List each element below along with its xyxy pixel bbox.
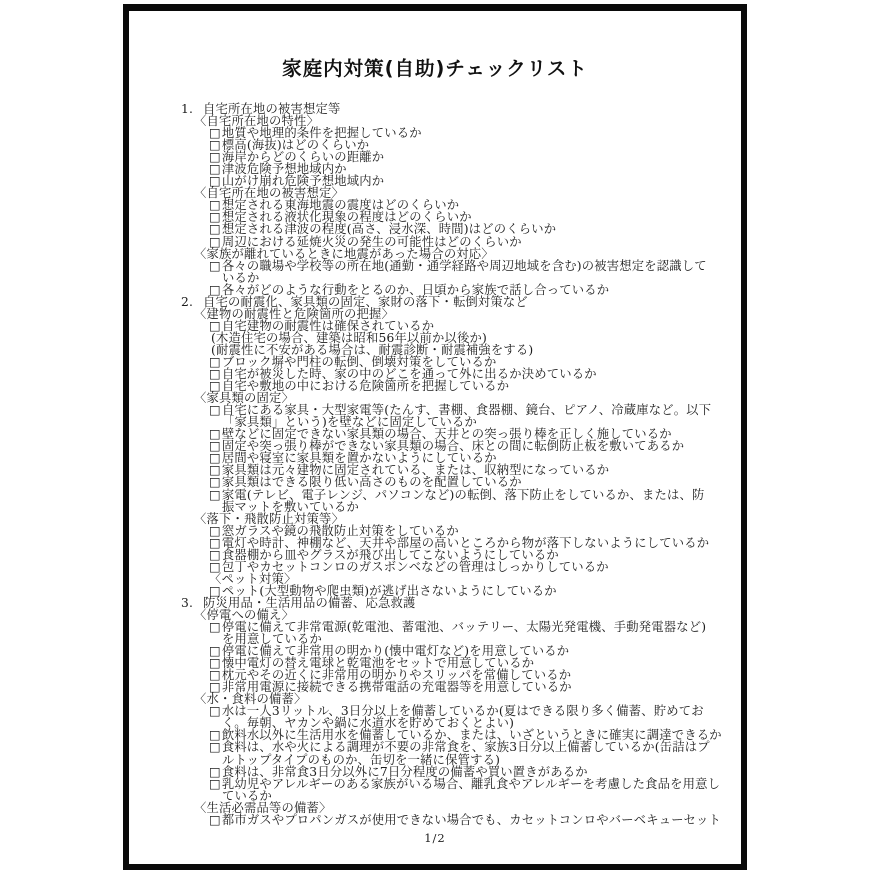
checkbox-icon: □: [209, 778, 221, 790]
checklist-item: □乳幼児やアレルギーのある家族がいる場合、離乳食やアレルギーを考慮した食品を用意…: [129, 778, 741, 790]
document-viewer: 家庭内対策(自助)チェックリスト 1.自宅所在地の被害想定等〈自宅所在地の特性〉…: [0, 0, 876, 876]
checklist-item: □都市ガスやプロパンガスが使用できない場合でも、カセットコンロやバーベキューセッ…: [129, 814, 741, 826]
checklist-item: □停電に備えて非常電源(乾電池、蓄電池、バッテリー、太陽光発電機、手動発電器など…: [129, 621, 741, 633]
checklist-item: □各々の職場や学校等の所在地(通勤・通学経路や周辺地域を含む)の被害想定を認識し…: [129, 260, 741, 272]
checkbox-icon: □: [209, 766, 221, 778]
item-wrap-line: 振マットを敷いているか: [129, 501, 741, 513]
checkbox-icon: □: [209, 260, 221, 272]
document-page: 家庭内対策(自助)チェックリスト 1.自宅所在地の被害想定等〈自宅所在地の特性〉…: [123, 4, 747, 870]
checkbox-icon: □: [209, 236, 221, 248]
checkbox-icon: □: [209, 489, 221, 501]
checkbox-icon: □: [209, 404, 221, 416]
checklist-item: □家電(テレビ、電子レンジ、パソコンなど)の転倒、落下防止をしているか、または、…: [129, 489, 741, 501]
page-title: 家庭内対策(自助)チェックリスト: [129, 53, 741, 81]
checklist-item-text: 乳幼児やアレルギーのある家族がいる場合、離乳食やアレルギーを考慮した食品を用意し: [222, 777, 720, 791]
checkbox-icon: □: [209, 549, 221, 561]
checkbox-icon: □: [209, 525, 221, 537]
section-number: 2.: [181, 296, 203, 308]
checklist-item-text: 都市ガスやプロパンガスが使用できない場合でも、カセットコンロやバーベキューセット: [222, 813, 721, 827]
checklist-item-text: 各々の職場や学校等の所在地(通勤・通学経路や周辺地域を含む)の被害想定を認識して: [222, 259, 707, 273]
checklist-item: □食料は、水や火による調理が不要の非常食を、家族3日分以上備蓄しているか(缶詰は…: [129, 741, 741, 753]
checklist-body: 1.自宅所在地の被害想定等〈自宅所在地の特性〉□地質や地理的条件を把握しているか…: [129, 103, 741, 826]
checkbox-icon: □: [209, 814, 221, 826]
item-wrap-line: ているか: [129, 790, 741, 802]
checkbox-icon: □: [209, 537, 221, 549]
checklist-item: □周辺における延焼火災の発生の可能性はどのくらいか: [129, 236, 741, 248]
checkbox-icon: □: [209, 705, 221, 717]
page-number: 1/2: [129, 831, 741, 845]
checkbox-icon: □: [209, 223, 221, 235]
section-heading: 2.自宅の耐震化、家具類の固定、家財の落下・転倒対策など: [129, 296, 741, 308]
checkbox-icon: □: [209, 476, 221, 488]
checkbox-icon: □: [209, 621, 221, 633]
checkbox-icon: □: [209, 741, 221, 753]
